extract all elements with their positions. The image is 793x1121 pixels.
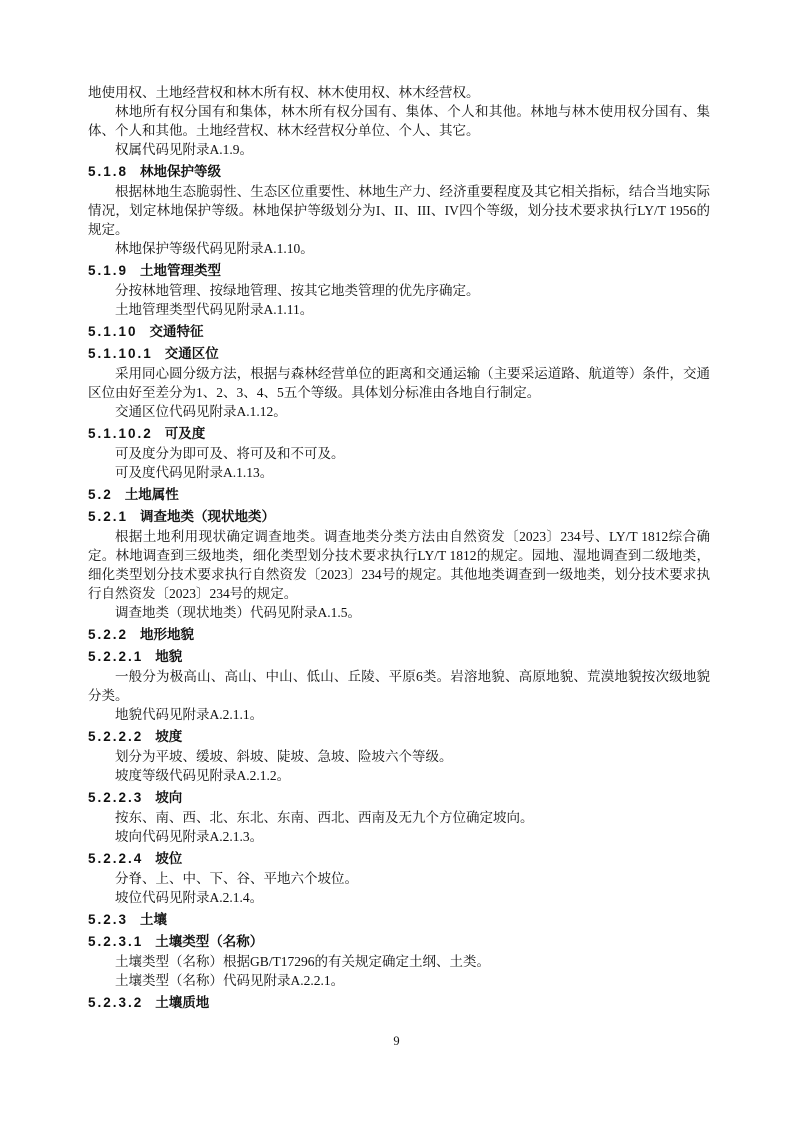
- heading-title: 交通区位: [165, 346, 219, 361]
- heading-5-2-2-4: 5.2.2.4坡位: [88, 849, 710, 868]
- paragraph: 可及度代码见附录A.1.13。: [88, 463, 710, 482]
- paragraph: 按东、南、西、北、东北、东南、西北、西南及无九个方位确定坡向。: [88, 808, 710, 827]
- heading-number: 5.2.2.1: [88, 649, 143, 664]
- paragraph: 根据土地利用现状确定调查地类。调查地类分类方法由自然资发〔2023〕234号、L…: [88, 527, 710, 603]
- heading-title: 土地属性: [125, 487, 179, 502]
- paragraph: 调查地类（现状地类）代码见附录A.1.5。: [88, 603, 710, 622]
- heading-number: 5.1.9: [88, 263, 128, 278]
- paragraph: 坡向代码见附录A.2.1.3。: [88, 827, 710, 846]
- paragraph: 地使用权、土地经营权和林木所有权、林木使用权、林木经营权。: [88, 83, 710, 102]
- heading-title: 林地保护等级: [140, 164, 221, 179]
- paragraph: 土地管理类型代码见附录A.1.11。: [88, 300, 710, 319]
- heading-title: 交通特征: [150, 324, 204, 339]
- heading-5-2-1: 5.2.1调查地类（现状地类）: [88, 507, 710, 526]
- heading-number: 5.1.10: [88, 324, 138, 339]
- heading-title: 土壤: [140, 912, 167, 927]
- paragraph: 采用同心圆分级方法，根据与森林经营单位的距离和交通运输（主要采运道路、航道等）条…: [88, 364, 710, 402]
- heading-title: 坡位: [155, 851, 182, 866]
- heading-number: 5.2.2: [88, 627, 128, 642]
- heading-number: 5.2.2.2: [88, 729, 143, 744]
- heading-number: 5.2.2.4: [88, 851, 143, 866]
- heading-number: 5.2: [88, 487, 113, 502]
- heading-title: 可及度: [165, 426, 206, 441]
- paragraph: 划分为平坡、缓坡、斜坡、陡坡、急坡、险坡六个等级。: [88, 747, 710, 766]
- heading-title: 土壤质地: [155, 995, 209, 1010]
- heading-title: 坡度: [155, 729, 182, 744]
- paragraph: 分按林地管理、按绿地管理、按其它地类管理的优先序确定。: [88, 281, 710, 300]
- heading-number: 5.2.2.3: [88, 790, 143, 805]
- paragraph: 分脊、上、中、下、谷、平地六个坡位。: [88, 869, 710, 888]
- heading-title: 坡向: [155, 790, 182, 805]
- paragraph: 地貌代码见附录A.2.1.1。: [88, 705, 710, 724]
- paragraph: 坡位代码见附录A.2.1.4。: [88, 888, 710, 907]
- heading-title: 土地管理类型: [140, 263, 221, 278]
- paragraph: 林地所有权分国有和集体，林木所有权分国有、集体、个人和其他。林地与林木使用权分国…: [88, 102, 710, 140]
- paragraph: 交通区位代码见附录A.1.12。: [88, 402, 710, 421]
- heading-number: 5.1.10.2: [88, 426, 153, 441]
- heading-number: 5.2.3.2: [88, 995, 143, 1010]
- document-page: 地使用权、土地经营权和林木所有权、林木使用权、林木经营权。 林地所有权分国有和集…: [0, 0, 793, 1121]
- heading-5-2-3-2: 5.2.3.2土壤质地: [88, 993, 710, 1012]
- heading-5-1-10-2: 5.1.10.2可及度: [88, 424, 710, 443]
- heading-5-2-2-1: 5.2.2.1地貌: [88, 647, 710, 666]
- heading-5-1-9: 5.1.9土地管理类型: [88, 261, 710, 280]
- heading-5-2-2: 5.2.2地形地貌: [88, 625, 710, 644]
- heading-5-1-10-1: 5.1.10.1交通区位: [88, 344, 710, 363]
- heading-title: 调查地类（现状地类）: [140, 509, 275, 524]
- heading-5-2-3-1: 5.2.3.1土壤类型（名称）: [88, 932, 710, 951]
- heading-number: 5.2.3.1: [88, 934, 143, 949]
- heading-title: 地形地貌: [140, 627, 194, 642]
- heading-5-2-3: 5.2.3土壤: [88, 910, 710, 929]
- paragraph: 一般分为极高山、高山、中山、低山、丘陵、平原6类。岩溶地貌、高原地貌、荒漠地貌按…: [88, 667, 710, 705]
- heading-5-1-10: 5.1.10交通特征: [88, 322, 710, 341]
- paragraph: 坡度等级代码见附录A.2.1.2。: [88, 766, 710, 785]
- page-number: 9: [0, 1034, 793, 1049]
- paragraph: 土壤类型（名称）根据GB/T17296的有关规定确定土纲、土类。: [88, 952, 710, 971]
- paragraph: 可及度分为即可及、将可及和不可及。: [88, 444, 710, 463]
- paragraph: 土壤类型（名称）代码见附录A.2.2.1。: [88, 971, 710, 990]
- paragraph: 权属代码见附录A.1.9。: [88, 140, 710, 159]
- heading-title: 土壤类型（名称）: [155, 934, 263, 949]
- heading-number: 5.2.3: [88, 912, 128, 927]
- heading-5-2: 5.2土地属性: [88, 485, 710, 504]
- document-content: 地使用权、土地经营权和林木所有权、林木使用权、林木经营权。 林地所有权分国有和集…: [88, 83, 710, 1012]
- heading-number: 5.1.10.1: [88, 346, 153, 361]
- heading-5-1-8: 5.1.8林地保护等级: [88, 162, 710, 181]
- heading-number: 5.2.1: [88, 509, 128, 524]
- heading-number: 5.1.8: [88, 164, 128, 179]
- heading-5-2-2-2: 5.2.2.2坡度: [88, 727, 710, 746]
- heading-title: 地貌: [155, 649, 182, 664]
- paragraph: 林地保护等级代码见附录A.1.10。: [88, 239, 710, 258]
- paragraph: 根据林地生态脆弱性、生态区位重要性、林地生产力、经济重要程度及其它相关指标，结合…: [88, 182, 710, 239]
- heading-5-2-2-3: 5.2.2.3坡向: [88, 788, 710, 807]
